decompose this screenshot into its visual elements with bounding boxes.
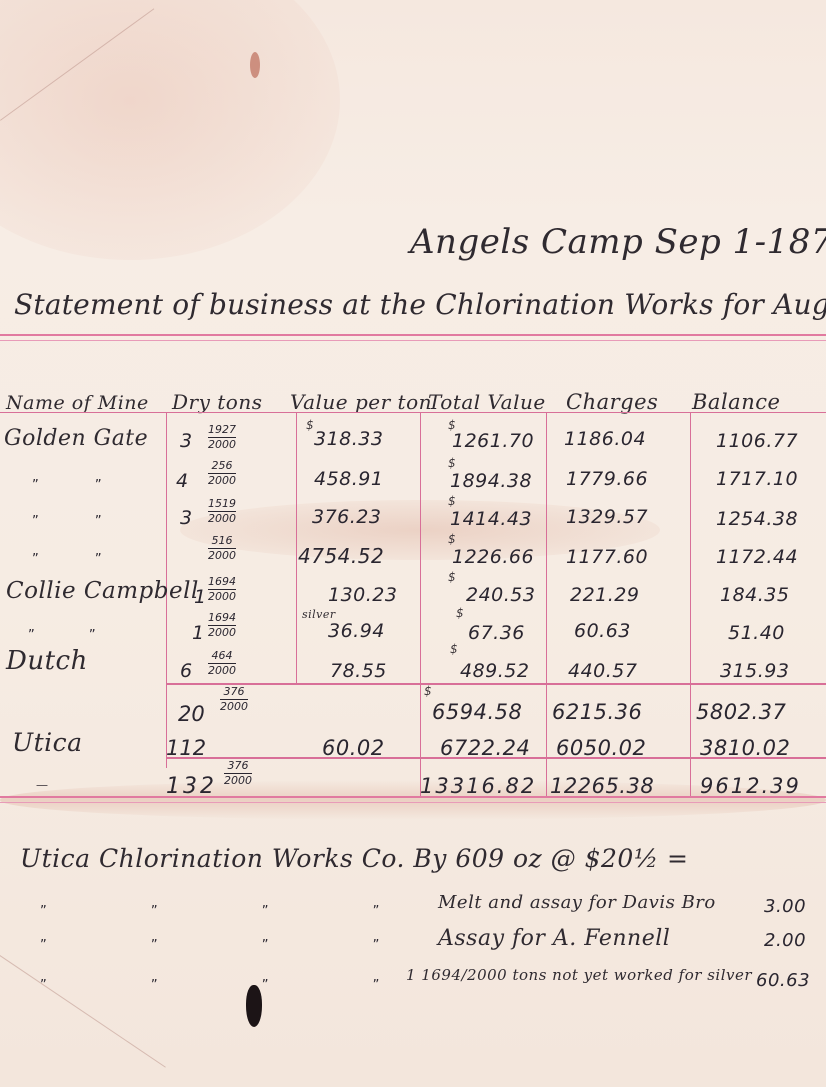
frac-den: 2000	[220, 701, 248, 713]
credit-description: 1 1694/2000 tons not yet worked for silv…	[406, 966, 752, 984]
charges: 440.57	[568, 660, 637, 682]
balance: 5802.37	[696, 700, 786, 724]
total-rule-2	[0, 802, 826, 803]
tons-whole: 1	[194, 586, 206, 608]
total-value: 1414.43	[450, 508, 532, 530]
value-per-ton: 78.55	[330, 660, 387, 682]
header-charges: Charges	[566, 390, 658, 414]
tons-fraction: 19272000	[208, 424, 236, 451]
frac-den: 2000	[208, 627, 236, 639]
value-per-ton: 60.02	[322, 736, 385, 760]
ditto-mark: ” ” ” ”	[40, 904, 379, 919]
total-value: 6594.58	[432, 700, 522, 724]
place-date: Angels Camp Sep 1-1870	[410, 222, 826, 262]
header-value-per-ton: Value per ton	[290, 390, 432, 414]
rust-spot	[250, 52, 260, 78]
tons-fraction: 16942000	[208, 576, 236, 603]
dollar-sign: $	[456, 606, 464, 620]
total-value: 13316.82	[420, 774, 536, 798]
col-divider	[546, 413, 547, 798]
col-divider	[296, 413, 297, 683]
tons-fraction: 2562000	[208, 460, 236, 487]
dash-mark: —	[36, 778, 49, 792]
total-value: 1894.38	[450, 470, 532, 492]
ditto-mark: ” ”	[32, 552, 102, 567]
balance: 1717.10	[716, 468, 798, 490]
dollar-sign: $	[448, 532, 456, 546]
tons-whole: 4	[176, 470, 188, 492]
subtotal-rule	[166, 683, 826, 685]
frac-num: 1519	[208, 498, 236, 510]
tons-fraction: 5162000	[208, 535, 236, 562]
charges: 12265.38	[550, 774, 654, 798]
dollar-sign: $	[424, 684, 432, 698]
tons-whole: 20	[178, 702, 205, 726]
tons-whole: 132	[166, 774, 217, 799]
header-mine: Name of Mine	[6, 392, 149, 414]
total-value: 6722.24	[440, 736, 530, 760]
frac-den: 2000	[208, 439, 236, 451]
header-total-value: Total Value	[428, 390, 546, 414]
dollar-sign: $	[448, 456, 456, 470]
balance: 3810.02	[700, 736, 790, 760]
mine-name: Golden Gate	[4, 426, 148, 451]
balance: 184.35	[720, 584, 789, 606]
balance: 315.93	[720, 660, 789, 682]
dollar-sign: $	[448, 570, 456, 584]
frac-num: 516	[212, 535, 233, 547]
frac-den: 2000	[208, 475, 236, 487]
balance: 51.40	[728, 622, 785, 644]
value-per-ton: 318.33	[314, 428, 383, 450]
frac-num: 1927	[208, 424, 236, 436]
credit-amount: 60.63	[756, 970, 810, 991]
charges: 1329.57	[566, 506, 648, 528]
charges: 60.63	[574, 620, 631, 642]
title-underline-2	[0, 340, 826, 341]
frac-num: 376	[228, 760, 249, 772]
balance: 1106.77	[716, 430, 798, 452]
charges: 1186.04	[564, 428, 646, 450]
credit-description: Assay for A. Fennell	[438, 926, 670, 951]
tons-fraction: 3762000	[224, 760, 252, 787]
dollar-sign: $	[306, 418, 314, 432]
charges: 1779.66	[566, 468, 648, 490]
tons-fraction: 15192000	[208, 498, 236, 525]
credit-amount: 3.00	[764, 896, 806, 917]
frac-num: 376	[224, 686, 245, 698]
ditto-mark: ” ” ” ”	[40, 978, 379, 993]
frac-den: 2000	[224, 775, 252, 787]
total-value: 240.53	[466, 584, 535, 606]
tons-fraction: 16942000	[208, 612, 236, 639]
tons-whole: 6	[180, 660, 192, 682]
credits-heading: Utica Chlorination Works Co. By 609 oz @…	[20, 844, 688, 873]
dollar-sign: $	[448, 494, 456, 508]
balance: 9612.39	[700, 774, 801, 798]
ditto-mark: ” ”	[28, 628, 96, 643]
frac-den: 2000	[208, 591, 236, 603]
tons-whole: 3	[180, 507, 192, 529]
total-value: 1226.66	[452, 546, 534, 568]
mine-name: Utica	[12, 728, 83, 757]
total-value: 1261.70	[452, 430, 534, 452]
tons-whole: 112	[166, 736, 206, 760]
paper-fold	[0, 955, 166, 1068]
value-per-ton: 130.23	[328, 584, 397, 606]
ditto-mark: ” ” ” ”	[40, 938, 379, 953]
value-per-ton: 4754.52	[298, 544, 384, 568]
charges: 221.29	[570, 584, 639, 606]
document-title: Statement of business at the Chlorinatio…	[14, 288, 826, 321]
header-dry-tons: Dry tons	[172, 390, 262, 414]
dollar-sign: $	[450, 642, 458, 656]
title-underline	[0, 334, 826, 336]
ditto-mark: ” ”	[32, 514, 102, 529]
credit-amount: 2.00	[764, 930, 806, 951]
tons-fraction: 4642000	[208, 650, 236, 677]
paper-fold	[0, 8, 154, 120]
frac-num: 1694	[208, 612, 236, 624]
total-value: 489.52	[460, 660, 529, 682]
header-balance: Balance	[692, 390, 780, 414]
frac-num: 464	[212, 650, 233, 662]
tons-whole: 3	[180, 430, 192, 452]
mine-name: Collie Campbell	[6, 578, 199, 604]
frac-num: 256	[212, 460, 233, 472]
credit-description: Melt and assay for Davis Bro	[438, 892, 716, 913]
frac-num: 1694	[208, 576, 236, 588]
frac-den: 2000	[208, 513, 236, 525]
total-value: 67.36	[468, 622, 525, 644]
header-rule	[0, 412, 826, 413]
frac-den: 2000	[208, 550, 236, 562]
tons-whole: 1	[192, 622, 204, 644]
frac-den: 2000	[208, 665, 236, 677]
col-divider	[420, 413, 421, 798]
col-divider	[690, 413, 691, 798]
balance: 1254.38	[716, 508, 798, 530]
paper-stain	[0, 0, 340, 260]
value-per-ton: 376.23	[312, 506, 381, 528]
tons-fraction: 3762000	[220, 686, 248, 713]
charges: 1177.60	[566, 546, 648, 568]
value-per-ton: 36.94	[328, 620, 385, 642]
value-per-ton: 458.91	[314, 468, 383, 490]
mine-name: Dutch	[6, 646, 88, 676]
ditto-mark: ” ”	[32, 478, 102, 493]
charges: 6050.02	[556, 736, 646, 760]
balance: 1172.44	[716, 546, 798, 568]
charges: 6215.36	[552, 700, 642, 724]
